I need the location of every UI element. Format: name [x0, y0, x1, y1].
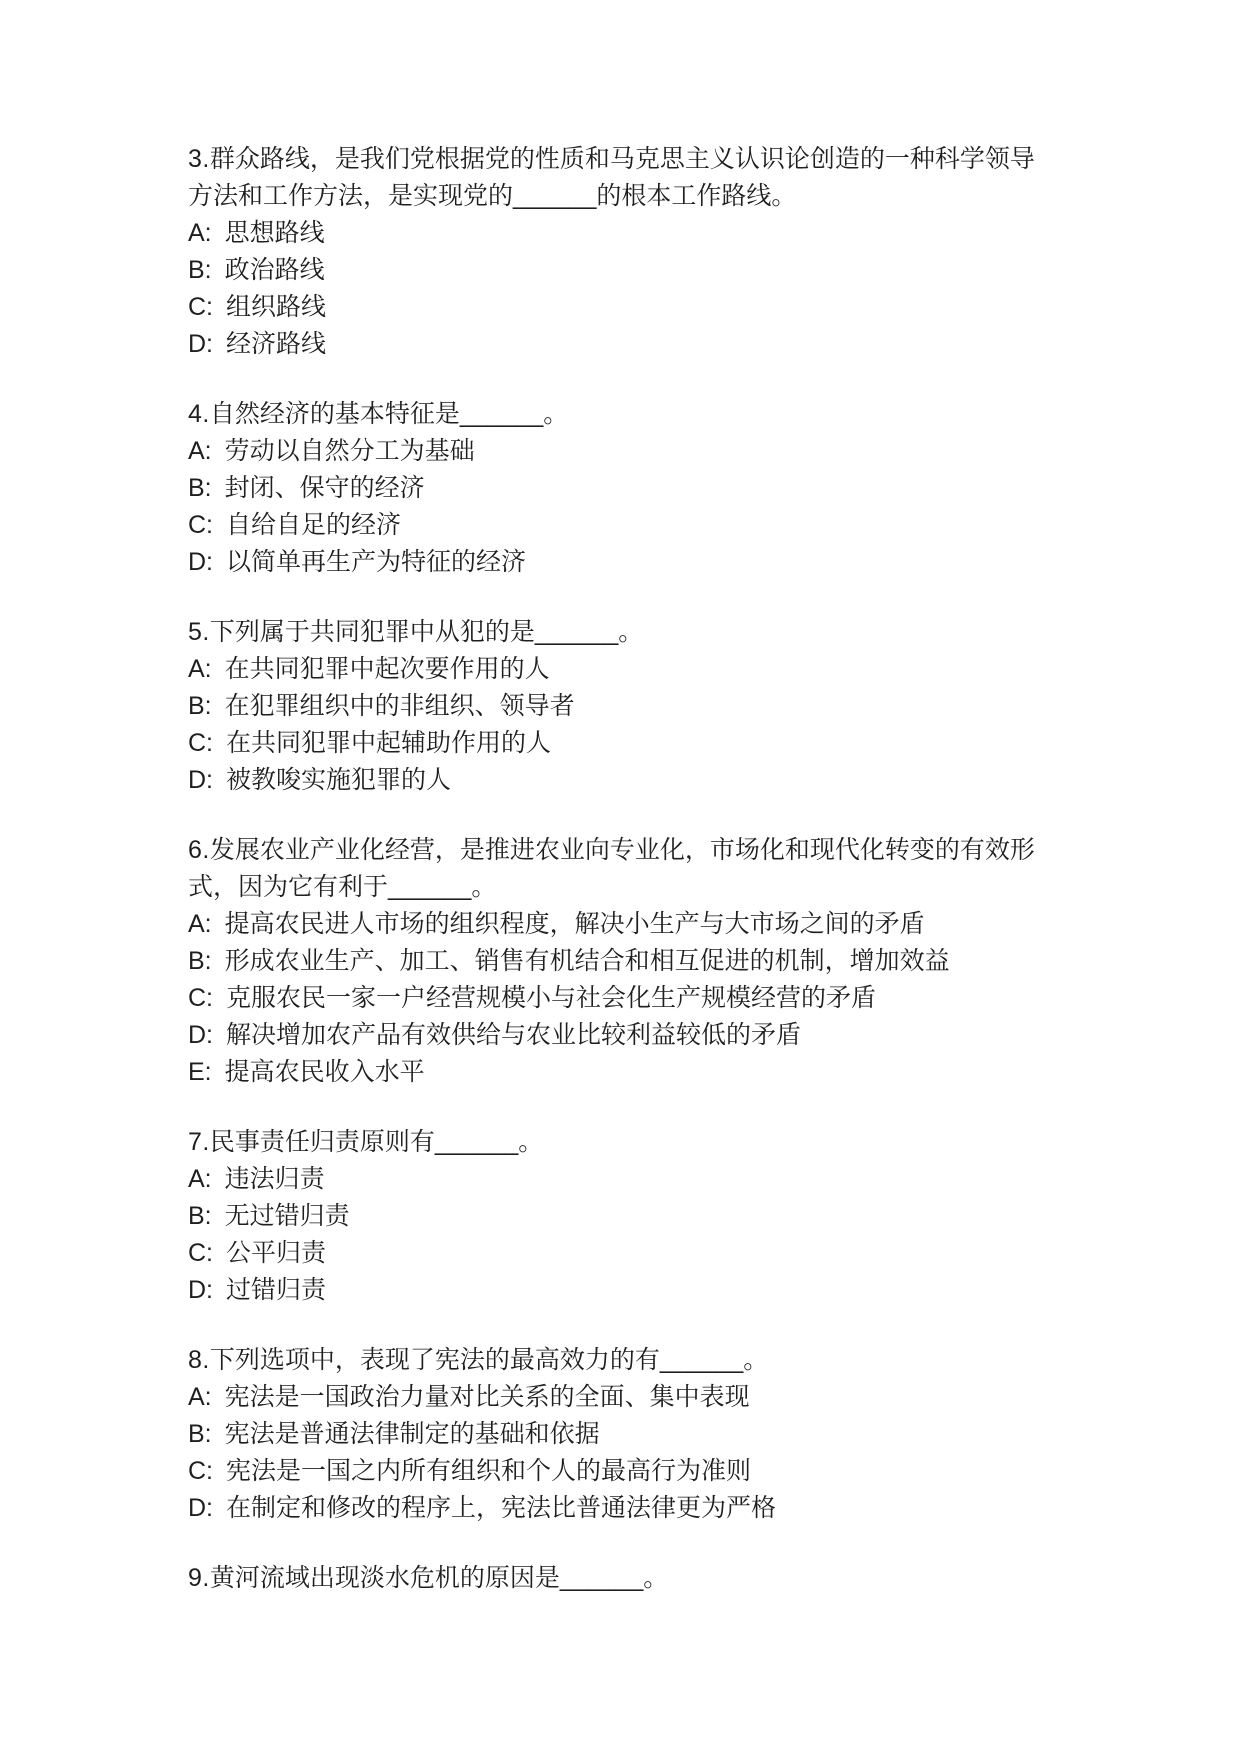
option-text: 宪法是普通法律制定的基础和依据 — [225, 1420, 600, 1448]
option-label: A: — [188, 433, 212, 470]
option-text: 以简单再生产为特征的经济 — [226, 548, 526, 576]
option-text: 解决增加农产品有效供给与农业比较利益较低的矛盾 — [226, 1021, 801, 1049]
question-stem: 8.下列选项中，表现了宪法的最高效力的有______。 — [188, 1342, 1050, 1379]
option-text: 提高农民进人市场的组织程度，解决小生产与大市场之间的矛盾 — [225, 910, 925, 938]
option-text: 组织路线 — [226, 293, 326, 321]
question-8: 8.下列选项中，表现了宪法的最高效力的有______。 A:宪法是一国政治力量对… — [188, 1342, 1050, 1527]
option-row: A:在共同犯罪中起次要作用的人 — [188, 651, 1050, 688]
option-row: C:公平归责 — [188, 1235, 1050, 1272]
question-stem: 5.下列属于共同犯罪中从犯的是______。 — [188, 614, 1050, 651]
option-label: B: — [188, 1416, 212, 1453]
option-row: B:宪法是普通法律制定的基础和依据 — [188, 1416, 1050, 1453]
option-text: 提高农民收入水平 — [225, 1058, 425, 1086]
question-text: 民事责任归责原则有______。 — [210, 1128, 543, 1156]
option-row: D:被教唆实施犯罪的人 — [188, 762, 1050, 799]
option-row: D:过错归责 — [188, 1272, 1050, 1309]
option-label: D: — [188, 1272, 213, 1309]
question-number: 8. — [188, 1346, 210, 1374]
option-row: B:形成农业生产、加工、销售有机结合和相互促进的机制，增加效益 — [188, 943, 1050, 980]
question-number: 7. — [188, 1128, 210, 1156]
option-text: 经济路线 — [226, 330, 326, 358]
option-label: C: — [188, 289, 213, 326]
option-row: A:提高农民进人市场的组织程度，解决小生产与大市场之间的矛盾 — [188, 906, 1050, 943]
question-stem: 9.黄河流域出现淡水危机的原因是______。 — [188, 1560, 1050, 1597]
question-3: 3.群众路线，是我们党根据党的性质和马克思主义认识论创造的一种科学领导方法和工作… — [188, 141, 1050, 363]
option-label: D: — [188, 762, 213, 799]
question-number: 6. — [188, 836, 210, 864]
option-row: D:在制定和修改的程序上，宪法比普通法律更为严格 — [188, 1490, 1050, 1527]
question-number: 9. — [188, 1564, 210, 1592]
option-text: 封闭、保守的经济 — [225, 474, 425, 502]
option-row: A:思想路线 — [188, 215, 1050, 252]
option-row: D:经济路线 — [188, 326, 1050, 363]
option-text: 克服农民一家一户经营规模小与社会化生产规模经营的矛盾 — [226, 984, 876, 1012]
question-stem: 3.群众路线，是我们党根据党的性质和马克思主义认识论创造的一种科学领导方法和工作… — [188, 141, 1050, 215]
option-row: B:在犯罪组织中的非组织、领导者 — [188, 688, 1050, 725]
option-label: D: — [188, 544, 213, 581]
option-row: C:克服农民一家一户经营规模小与社会化生产规模经营的矛盾 — [188, 980, 1050, 1017]
option-text: 过错归责 — [226, 1276, 326, 1304]
option-row: B:政治路线 — [188, 252, 1050, 289]
option-label: A: — [188, 215, 212, 252]
question-text: 黄河流域出现淡水危机的原因是______。 — [210, 1564, 668, 1592]
option-text: 自给自足的经济 — [226, 511, 401, 539]
option-label: A: — [188, 1161, 212, 1198]
option-row: C:自给自足的经济 — [188, 507, 1050, 544]
question-text: 发展农业产业化经营，是推进农业向专业化，市场化和现代化转变的有效形式，因为它有利… — [188, 836, 1035, 901]
question-text: 下列选项中，表现了宪法的最高效力的有______。 — [210, 1346, 768, 1374]
question-number: 5. — [188, 618, 210, 646]
question-7: 7.民事责任归责原则有______。 A:违法归责 B:无过错归责 C:公平归责… — [188, 1124, 1050, 1309]
option-row: B:无过错归责 — [188, 1198, 1050, 1235]
option-label: B: — [188, 470, 212, 507]
question-text: 下列属于共同犯罪中从犯的是______。 — [210, 618, 643, 646]
option-label: A: — [188, 651, 212, 688]
option-label: A: — [188, 1379, 212, 1416]
option-row: A:违法归责 — [188, 1161, 1050, 1198]
question-text: 群众路线，是我们党根据党的性质和马克思主义认识论创造的一种科学领导方法和工作方法… — [188, 145, 1035, 210]
option-text: 宪法是一国政治力量对比关系的全面、集中表现 — [225, 1383, 750, 1411]
option-label: C: — [188, 980, 213, 1017]
question-stem: 6.发展农业产业化经营，是推进农业向专业化，市场化和现代化转变的有效形式，因为它… — [188, 832, 1050, 906]
option-text: 在制定和修改的程序上，宪法比普通法律更为严格 — [226, 1494, 776, 1522]
option-text: 思想路线 — [225, 219, 325, 247]
question-number: 4. — [188, 400, 210, 428]
option-label: B: — [188, 943, 212, 980]
option-text: 在犯罪组织中的非组织、领导者 — [225, 692, 575, 720]
option-text: 形成农业生产、加工、销售有机结合和相互促进的机制，增加效益 — [225, 947, 950, 975]
option-text: 在共同犯罪中起辅助作用的人 — [226, 729, 551, 757]
option-text: 违法归责 — [225, 1165, 325, 1193]
option-label: B: — [188, 688, 212, 725]
option-label: C: — [188, 507, 213, 544]
question-9: 9.黄河流域出现淡水危机的原因是______。 — [188, 1560, 1050, 1597]
option-label: D: — [188, 1490, 213, 1527]
option-text: 劳动以自然分工为基础 — [225, 437, 475, 465]
option-text: 被教唆实施犯罪的人 — [226, 766, 451, 794]
option-row: D:以简单再生产为特征的经济 — [188, 544, 1050, 581]
option-row: A:宪法是一国政治力量对比关系的全面、集中表现 — [188, 1379, 1050, 1416]
question-6: 6.发展农业产业化经营，是推进农业向专业化，市场化和现代化转变的有效形式，因为它… — [188, 832, 1050, 1091]
question-number: 3. — [188, 145, 210, 173]
option-label: B: — [188, 1198, 212, 1235]
option-label: E: — [188, 1054, 212, 1091]
option-label: C: — [188, 1453, 213, 1490]
question-4: 4.自然经济的基本特征是______。 A:劳动以自然分工为基础 B:封闭、保守… — [188, 396, 1050, 581]
option-text: 无过错归责 — [225, 1202, 350, 1230]
option-row: D:解决增加农产品有效供给与农业比较利益较低的矛盾 — [188, 1017, 1050, 1054]
option-text: 宪法是一国之内所有组织和个人的最高行为准则 — [226, 1457, 751, 1485]
option-row: A:劳动以自然分工为基础 — [188, 433, 1050, 470]
option-row: C:组织路线 — [188, 289, 1050, 326]
question-stem: 7.民事责任归责原则有______。 — [188, 1124, 1050, 1161]
option-label: B: — [188, 252, 212, 289]
option-label: D: — [188, 1017, 213, 1054]
option-label: A: — [188, 906, 212, 943]
option-text: 在共同犯罪中起次要作用的人 — [225, 655, 550, 683]
option-text: 公平归责 — [226, 1239, 326, 1267]
question-stem: 4.自然经济的基本特征是______。 — [188, 396, 1050, 433]
option-label: C: — [188, 725, 213, 762]
question-5: 5.下列属于共同犯罪中从犯的是______。 A:在共同犯罪中起次要作用的人 B… — [188, 614, 1050, 799]
option-row: B:封闭、保守的经济 — [188, 470, 1050, 507]
option-label: D: — [188, 326, 213, 363]
exam-document-page: 3.群众路线，是我们党根据党的性质和马克思主义认识论创造的一种科学领导方法和工作… — [0, 0, 1240, 1753]
option-row: C:在共同犯罪中起辅助作用的人 — [188, 725, 1050, 762]
option-row: C:宪法是一国之内所有组织和个人的最高行为准则 — [188, 1453, 1050, 1490]
option-label: C: — [188, 1235, 213, 1272]
option-row: E:提高农民收入水平 — [188, 1054, 1050, 1091]
option-text: 政治路线 — [225, 256, 325, 284]
question-text: 自然经济的基本特征是______。 — [210, 400, 568, 428]
